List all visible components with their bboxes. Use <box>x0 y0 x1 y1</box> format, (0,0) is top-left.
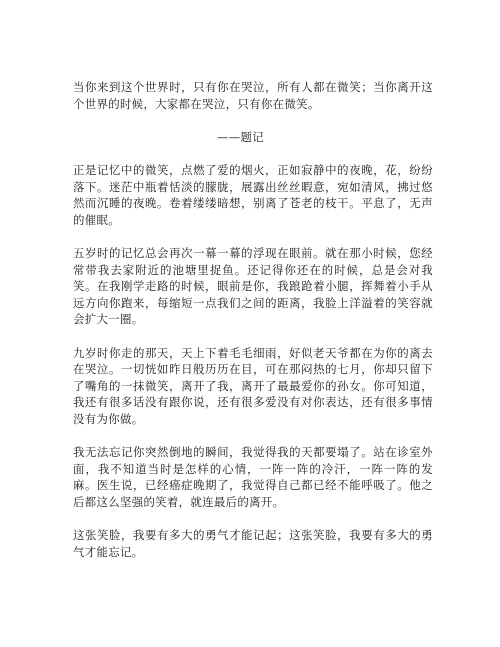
inscription: ——题记 <box>73 129 433 146</box>
body-paragraph-1: 正是记忆中的微笑，点燃了爱的烟火，正如寂静中的夜晚，花，纷纷落下。迷茫中瓶着恬淡… <box>73 162 433 228</box>
body-paragraph-3: 九岁时你走的那天，天上下着毛毛细雨，好似老天爷都在为你的离去在哭泣。一切恍如昨日… <box>73 345 433 428</box>
body-paragraph-5: 这张笑脸，我要有多大的勇气才能记起；这张笑脸，我要有多大的勇气才能忘记。 <box>73 527 433 560</box>
intro-paragraph: 当你来到这个世界时，只有你在哭泣，所有人都在微笑；当你离开这个世界的时候，大家都… <box>73 79 433 112</box>
body-paragraph-4: 我无法忘记你突然倒地的瞬间，我觉得我的天都要塌了。站在诊室外面，我不知道当时是怎… <box>73 444 433 510</box>
body-paragraph-2: 五岁时的记忆总会再次一幕一幕的浮现在眼前。就在那小时候，您经常带我去家附近的池塘… <box>73 245 433 328</box>
document-page: 当你来到这个世界时，只有你在哭泣，所有人都在微笑；当你离开这个世界的时候，大家都… <box>73 79 433 577</box>
